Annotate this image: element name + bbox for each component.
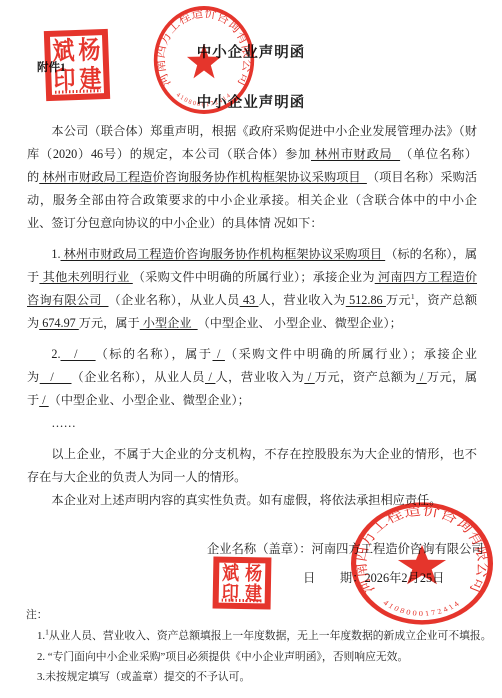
item-1-paragraph: 1. 林州市财政局工程造价咨询服务协作机构框架协议采购项目 （标的名称），属于 …	[27, 243, 477, 335]
company-seal-label: 企业名称（盖章）：	[207, 542, 312, 556]
note-item-3: 3.未按规定填写（或盖章）提交的不予认可。	[26, 667, 496, 688]
declaration-body: 本公司（联合体）郑重声明，根据《政府采购促进中小企业发展管理办法》（财库（202…	[27, 120, 477, 512]
seal-char: 斌	[52, 38, 75, 64]
note-item-2: 2. “专门面向中小企业采购”项目必须提供《中小企业声明函》，否则响应无效。	[26, 647, 496, 668]
company-round-stamp-bottom: 河南四方工程造价咨询有限公司 4108000172414	[347, 499, 497, 628]
item-2-paragraph: 2. / （标的名称），属于 / （采购文件中明确的所属行业）；承接企业为 / …	[27, 343, 477, 412]
star-icon	[398, 545, 446, 584]
company-round-stamp-top: 河南四方工程造价咨询有限公司 4108000172414	[151, 3, 257, 117]
personal-square-seal-bottom: 斌 杨 印 建	[213, 556, 272, 609]
not-large-enterprise-paragraph: 以上企业，不属于大企业的分支机构，不存在控股股东为大企业的情形，也不存在与大企业…	[27, 443, 477, 489]
seal-char: 杨	[78, 37, 101, 63]
ellipsis-line: ……	[27, 412, 477, 435]
seal-char: 斌	[222, 563, 239, 583]
personal-square-seal-top: 斌 杨 印 建	[44, 29, 110, 101]
intro-paragraph: 本公司（联合体）郑重声明，根据《政府采购促进中小企业发展管理办法》（财库（202…	[27, 120, 477, 235]
note-item-1: 1.1从业人员、营业收入、资产总额填报上一年度数据，无上一年度数据的新成立企业可…	[26, 626, 496, 647]
seal-char: 杨	[245, 563, 262, 583]
star-icon	[187, 44, 221, 79]
document-page: 附件1 中小企业声明函 中小企业声明函 本公司（联合体）郑重声明，根据《政府采购…	[0, 0, 502, 698]
seal-serial-strip	[222, 598, 262, 602]
